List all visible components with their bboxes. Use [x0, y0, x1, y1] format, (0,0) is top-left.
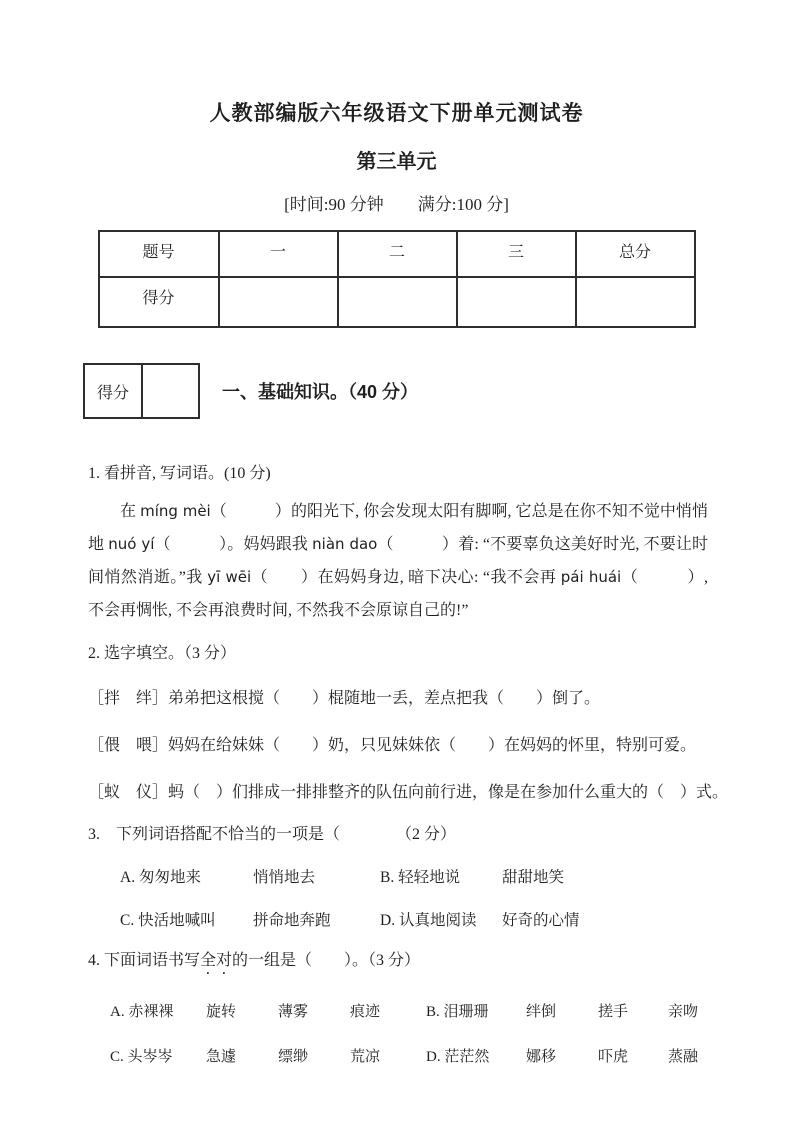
q4-option-b: B. 泪珊珊 [426, 1001, 526, 1023]
score-table-row-label: 得分 [99, 277, 219, 327]
score-table-blank-cell [338, 277, 457, 327]
question-4-stem: 4. 下面词语书写全对的一组是（ ）。（3 分） [88, 949, 708, 978]
test-paper-page: 人教部编版六年级语文下册单元测试卷 第三单元 [时间:90 分钟 满分:100 … [0, 0, 793, 1122]
question-4-options-row-2: C. 头岑岑 急遽 缥缈 荒凉 D. 茫茫然 娜移 吓虎 蒸融 [110, 1046, 708, 1068]
q3-option-d: D. 认真地阅读 [380, 910, 502, 932]
question-3-stem: 3. 下列词语搭配不恰当的一项是（ （2 分） [88, 823, 708, 846]
score-table-header-three: 三 [457, 231, 576, 277]
q4-option-a-word: 薄雾 [278, 1001, 350, 1023]
q1-text: （ ）在妈妈身边, 暗下决心: “我不会再 [251, 569, 561, 586]
q3-option-a2: 悄悄地去 [253, 867, 380, 889]
section-score-box-blank [143, 365, 198, 417]
q4-option-d-word: 吓虎 [598, 1046, 668, 1068]
unit-title: 第三单元 [0, 150, 793, 174]
paper-body: 1. 看拼音, 写词语。(10 分) 在 míng mèi（ ）的阳光下, 你会… [88, 462, 708, 1068]
q4-option-b-word: 搓手 [598, 1001, 668, 1023]
q4-option-c-word: 缥缈 [278, 1046, 350, 1068]
section-one-heading: 一、基础知识。（40 分） [222, 378, 418, 404]
q4-option-d-word: 蒸融 [668, 1046, 708, 1068]
score-table-header-row: 题号 一 二 三 总分 [99, 231, 695, 277]
question-2-item-3: ［蚁 仪］蚂（ ）们排成一排排整齐的队伍向前行进，像是在参加什么重大的（ ）式。 [88, 779, 708, 806]
exam-info: [时间:90 分钟 满分:100 分] [0, 194, 793, 216]
q3-option-a: A. 匆匆地来 [120, 867, 253, 889]
score-summary-table: 题号 一 二 三 总分 得分 [98, 230, 696, 328]
score-table-score-row: 得分 [99, 277, 695, 327]
q4-option-a-word: 旋转 [206, 1001, 278, 1023]
question-4-options-row-1: A. 赤裸裸 旋转 薄雾 痕迹 B. 泪珊珊 绊倒 搓手 亲吻 [110, 1001, 708, 1023]
score-table-header-two: 二 [338, 231, 457, 277]
q1-pinyin: yī wēi [207, 568, 251, 586]
q1-pinyin: niàn dao [312, 535, 377, 553]
score-table-blank-cell [219, 277, 338, 327]
q3-option-b: B. 轻轻地说 [380, 867, 502, 889]
q1-text: 在 [120, 503, 140, 520]
q3-option-c2: 拼命地奔跑 [253, 910, 380, 932]
paper-title: 人教部编版六年级语文下册单元测试卷 [0, 101, 793, 127]
question-2-stem: 2. 选字填空。（3 分） [88, 642, 708, 665]
score-table-header-total: 总分 [576, 231, 695, 277]
question-2-item-1: ［拌 绊］弟弟把这根搅（ ）棍随地一丢，差点把我（ ）倒了。 [88, 685, 708, 712]
section-score-box-label: 得分 [85, 365, 143, 417]
q4-option-a: A. 赤裸裸 [110, 1001, 206, 1023]
q4-option-c-word: 急遽 [206, 1046, 278, 1068]
score-table-header-question: 题号 [99, 231, 219, 277]
q4-option-c: C. 头岑岑 [110, 1046, 206, 1068]
q4-stem-suffix: 的一组是（ ）。（3 分） [232, 952, 420, 969]
q3-option-b2: 甜甜地笑 [502, 867, 708, 889]
question-1-paragraph: 在 míng mèi（ ）的阳光下, 你会发现太阳有脚啊, 它总是在你不知不觉中… [88, 495, 708, 627]
q1-pinyin: pái huái [561, 568, 621, 586]
q3-option-d2: 好奇的心情 [502, 910, 708, 932]
q4-option-b-word: 绊倒 [526, 1001, 598, 1023]
question-1-stem: 1. 看拼音, 写词语。(10 分) [88, 462, 708, 485]
q1-pinyin: míng mèi [140, 502, 211, 520]
score-table-blank-cell [457, 277, 576, 327]
q3-option-c: C. 快活地喊叫 [120, 910, 253, 932]
q4-option-a-word: 痕迹 [350, 1001, 426, 1023]
q1-text: （ ）。妈妈跟我 [154, 536, 312, 553]
section-score-box: 得分 [83, 363, 200, 419]
q4-stem-emphasis: 全对 [200, 952, 232, 969]
question-2-item-2: ［偎 喂］妈妈在给妹妹（ ）奶，只见妹妹依（ ）在妈妈的怀里，特别可爱。 [88, 732, 708, 759]
q4-option-b-word: 亲吻 [668, 1001, 708, 1023]
score-table-header-one: 一 [219, 231, 338, 277]
section-one-header: 得分 一、基础知识。（40 分） [83, 363, 793, 419]
q4-stem-prefix: 4. 下面词语书写 [88, 952, 200, 969]
q4-option-c-word: 荒凉 [350, 1046, 426, 1068]
score-table-blank-cell [576, 277, 695, 327]
q1-pinyin: nuó yí [108, 535, 154, 553]
q4-option-d-word: 娜移 [526, 1046, 598, 1068]
q4-option-d: D. 茫茫然 [426, 1046, 526, 1068]
question-3-options-row-1: A. 匆匆地来 悄悄地去 B. 轻轻地说 甜甜地笑 [120, 867, 708, 889]
question-3-options-row-2: C. 快活地喊叫 拼命地奔跑 D. 认真地阅读 好奇的心情 [120, 910, 708, 932]
